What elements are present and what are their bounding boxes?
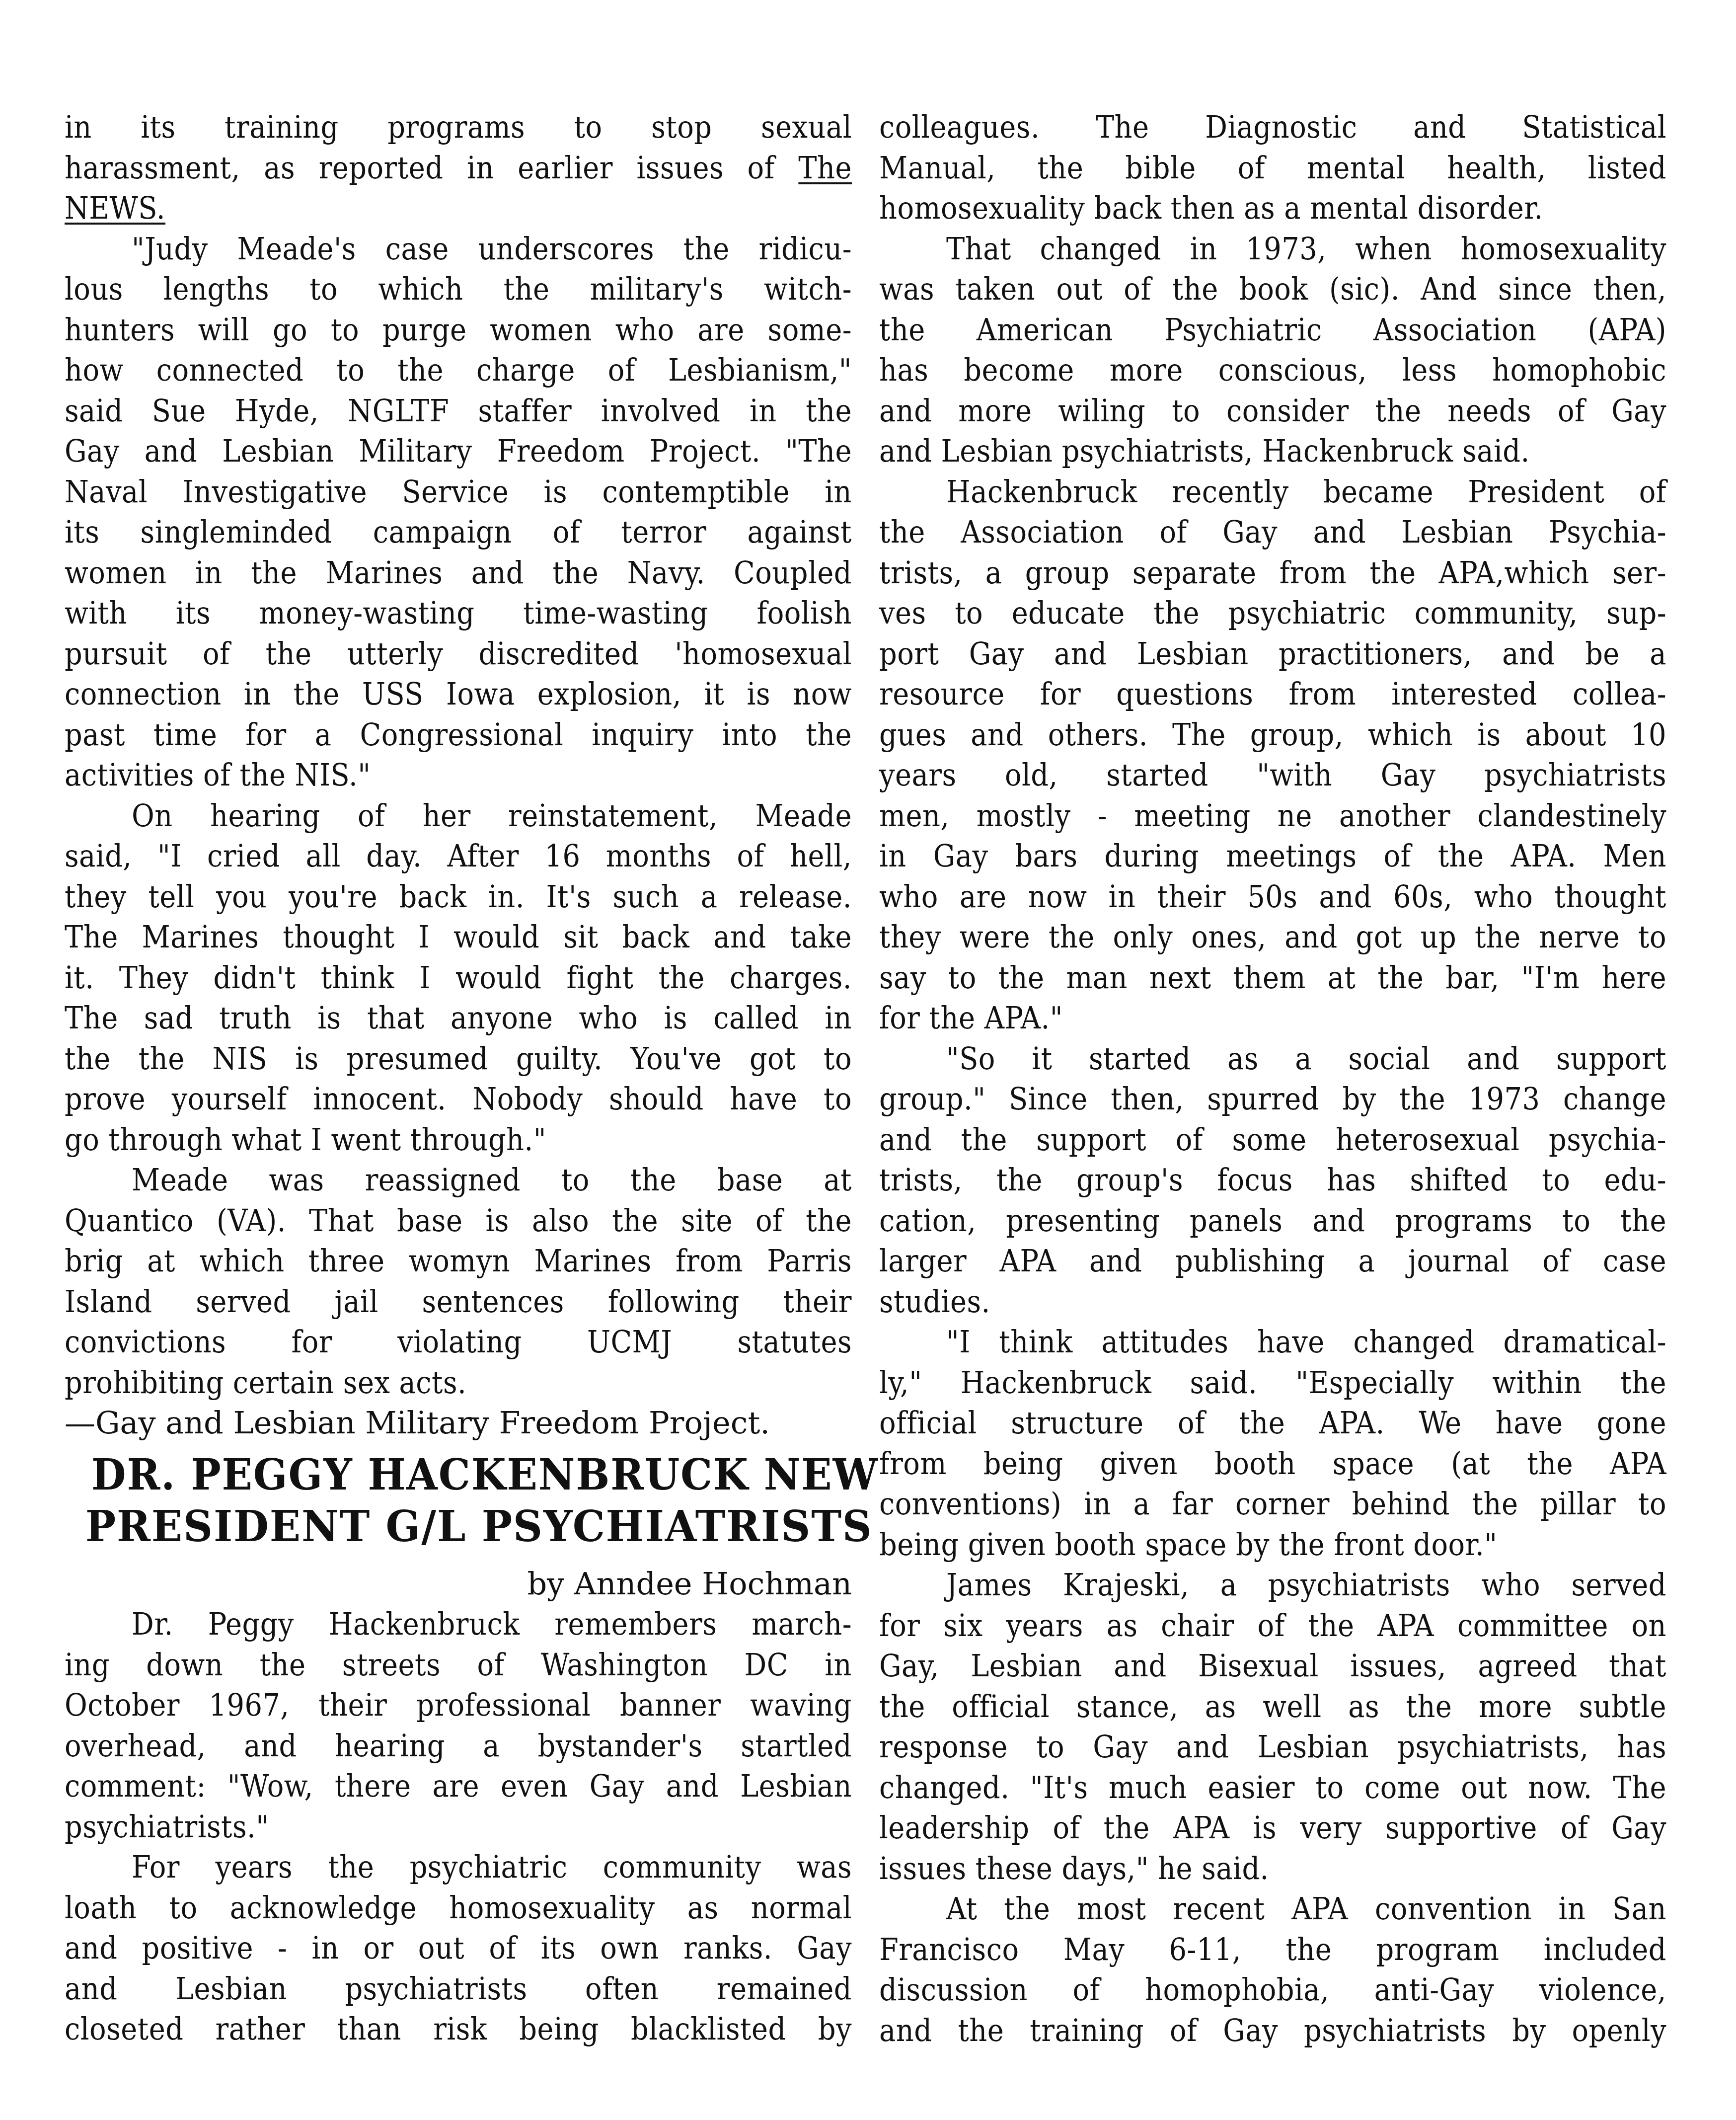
text-span: harassment, as reported in earlier issue… bbox=[65, 150, 798, 186]
text-line: for the APA." bbox=[879, 998, 1666, 1038]
article-paragraph: James Krajeski, a psychiatrists who serv… bbox=[879, 1565, 1666, 1888]
text-line: pursuit of the utterly discredited 'homo… bbox=[65, 633, 852, 674]
text-line: brig at which three womyn Marines from P… bbox=[65, 1241, 852, 1281]
text-line: convictions for violating UCMJ statutes bbox=[65, 1322, 852, 1362]
text-line: Manual, the bible of mental health, list… bbox=[879, 148, 1666, 188]
text-line: Gay and Lesbian Military Freedom Project… bbox=[65, 431, 852, 471]
text-line: That changed in 1973, when homosexuality bbox=[879, 229, 1666, 269]
article-paragraph: That changed in 1973, when homosexuality… bbox=[879, 229, 1666, 471]
text-line: homosexuality back then as a mental diso… bbox=[879, 188, 1666, 229]
text-line: women in the Marines and the Navy. Coupl… bbox=[65, 552, 852, 593]
source-credit: —Gay and Lesbian Military Freedom Projec… bbox=[65, 1403, 852, 1443]
text-line: the Association of Gay and Lesbian Psych… bbox=[879, 512, 1666, 552]
text-line: it. They didn't think I would fight the … bbox=[65, 957, 852, 998]
text-line: "Judy Meade's case underscores the ridic… bbox=[65, 229, 852, 269]
text-line: Meade was reassigned to the base at bbox=[65, 1160, 852, 1200]
text-line: Island served jail sentences following t… bbox=[65, 1281, 852, 1322]
text-line: The Marines thought I would sit back and… bbox=[65, 917, 852, 957]
text-line: response to Gay and Lesbian psychiatrist… bbox=[879, 1727, 1666, 1767]
text-line: for six years as chair of the APA commit… bbox=[879, 1605, 1666, 1646]
text-line: hunters will go to purge women who are s… bbox=[65, 310, 852, 350]
text-line: in Gay bars during meetings of the APA. … bbox=[879, 836, 1666, 876]
text-line: cation, presenting panels and programs t… bbox=[879, 1200, 1666, 1241]
text-line: prove yourself innocent. Nobody should h… bbox=[65, 1079, 852, 1119]
text-line: trists, the group's focus has shifted to… bbox=[879, 1160, 1666, 1200]
headline-line: PRESIDENT G/L PSYCHIATRISTS bbox=[85, 1501, 873, 1553]
text-line: October 1967, their professional banner … bbox=[65, 1685, 852, 1726]
text-line: who are now in their 50s and 60s, who th… bbox=[879, 876, 1666, 917]
text-line: say to the man next them at the bar, "I'… bbox=[879, 957, 1666, 998]
text-line: lous lengths to which the military's wit… bbox=[65, 269, 852, 310]
right-column: colleagues. The Diagnostic and Statistic… bbox=[879, 107, 1666, 2050]
text-line: Gay, Lesbian and Bisexual issues, agreed… bbox=[879, 1646, 1666, 1686]
text-line: Dr. Peggy Hackenbruck remembers march- bbox=[65, 1604, 852, 1645]
text-line: Hackenbruck recently became President of bbox=[879, 471, 1666, 512]
text-line: gues and others. The group, which is abo… bbox=[879, 714, 1666, 755]
text-line: they were the only ones, and got up the … bbox=[879, 917, 1666, 957]
text-line: being given booth space by the front doo… bbox=[879, 1524, 1666, 1565]
text-line: years old, started "with Gay psychiatris… bbox=[879, 755, 1666, 795]
text-line: conventions) in a far corner behind the … bbox=[879, 1484, 1666, 1524]
text-line: issues these days," he said. bbox=[879, 1848, 1666, 1889]
text-line: and positive - in or out of its own rank… bbox=[65, 1928, 852, 1968]
quote-paragraph-hyde: "Judy Meade's case underscores the ridic… bbox=[65, 229, 852, 795]
text-line: At the most recent APA convention in San bbox=[879, 1888, 1666, 1929]
text-line: For years the psychiatric community was bbox=[65, 1847, 852, 1887]
text-line: was taken out of the book (sic). And sin… bbox=[879, 269, 1666, 310]
text-line: comment: "Wow, there are even Gay and Le… bbox=[65, 1766, 852, 1806]
text-line: James Krajeski, a psychiatrists who serv… bbox=[879, 1565, 1666, 1605]
publication-name-underlined: The bbox=[798, 150, 852, 186]
text-line: connection in the USS Iowa explosion, it… bbox=[65, 674, 852, 714]
text-line: colleagues. The Diagnostic and Statistic… bbox=[879, 107, 1666, 148]
continuation-paragraph: in its training programs to stop sexual … bbox=[65, 107, 852, 229]
text-line: changed. "It's much easier to come out n… bbox=[879, 1767, 1666, 1808]
text-line: in its training programs to stop sexual bbox=[65, 107, 852, 148]
text-line: overhead, and hearing a bystander's star… bbox=[65, 1726, 852, 1766]
text-line: psychiatrists." bbox=[65, 1806, 852, 1847]
text-line: go through what I went through." bbox=[65, 1119, 852, 1160]
text-line: trists, a group separate from the APA,wh… bbox=[879, 552, 1666, 593]
article-paragraph: At the most recent APA convention in San… bbox=[879, 1888, 1666, 2050]
text-line: larger APA and publishing a journal of c… bbox=[879, 1241, 1666, 1281]
text-line: prohibiting certain sex acts. bbox=[65, 1362, 852, 1403]
article-paragraph: "I think attitudes have changed dramatic… bbox=[879, 1322, 1666, 1565]
text-line: from being given booth space (at the APA bbox=[879, 1443, 1666, 1484]
article-paragraph: For years the psychiatric community was … bbox=[65, 1847, 852, 2049]
text-line: ly," Hackenbruck said. "Especially withi… bbox=[879, 1362, 1666, 1403]
text-line: and Lesbian psychiatrists, Hackenbruck s… bbox=[879, 431, 1666, 471]
text-line: port Gay and Lesbian practitioners, and … bbox=[879, 633, 1666, 674]
text-line: with its money-wasting time-wasting fool… bbox=[65, 593, 852, 633]
text-line: ing down the streets of Washington DC in bbox=[65, 1645, 852, 1685]
article-paragraph: Hackenbruck recently became President of… bbox=[879, 471, 1666, 1038]
byline: by Anndee Hochman bbox=[65, 1564, 852, 1604]
text-line: and the training of Gay psychiatrists by… bbox=[879, 2010, 1666, 2051]
text-line: its singleminded campaign of terror agai… bbox=[65, 512, 852, 552]
text-line: men, mostly - meeting ne another clandes… bbox=[879, 795, 1666, 836]
text-line: how connected to the charge of Lesbianis… bbox=[65, 350, 852, 391]
text-line: harassment, as reported in earlier issue… bbox=[65, 148, 852, 188]
text-line: "So it started as a social and support bbox=[879, 1038, 1666, 1079]
text-line: ves to educate the psychiatric community… bbox=[879, 593, 1666, 633]
publication-name-underlined: NEWS. bbox=[65, 190, 165, 226]
headline-line: DR. PEGGY HACKENBRUCK NEW bbox=[91, 1449, 879, 1501]
text-line: has become more conscious, less homophob… bbox=[879, 350, 1666, 391]
reassignment-paragraph: Meade was reassigned to the base at Quan… bbox=[65, 1160, 852, 1403]
text-line: The sad truth is that anyone who is call… bbox=[65, 998, 852, 1038]
text-line: studies. bbox=[879, 1281, 1666, 1322]
text-line: resource for questions from interested c… bbox=[879, 674, 1666, 714]
text-line: official structure of the APA. We have g… bbox=[879, 1403, 1666, 1443]
text-line: past time for a Congressional inquiry in… bbox=[65, 714, 852, 755]
text-line: activities of the NIS." bbox=[65, 755, 852, 795]
text-line: the the NIS is presumed guilty. You've g… bbox=[65, 1038, 852, 1079]
text-line: group." Since then, spurred by the 1973 … bbox=[879, 1079, 1666, 1119]
newspaper-page: in its training programs to stop sexual … bbox=[0, 0, 1736, 2120]
left-column: in its training programs to stop sexual … bbox=[65, 107, 852, 2049]
text-line: Francisco May 6-11, the program included bbox=[879, 1929, 1666, 1970]
text-line: and Lesbian psychiatrists often remained bbox=[65, 1968, 852, 2009]
text-line: NEWS. bbox=[65, 188, 852, 229]
text-line: said, "I cried all day. After 16 months … bbox=[65, 836, 852, 876]
text-line: Quantico (VA). That base is also the sit… bbox=[65, 1200, 852, 1241]
article-headline: DR. PEGGY HACKENBRUCK NEW PRESIDENT G/L … bbox=[65, 1449, 852, 1553]
text-line: closeted rather than risk being blacklis… bbox=[65, 2009, 852, 2049]
text-line: leadership of the APA is very supportive… bbox=[879, 1807, 1666, 1848]
article-paragraph: "So it started as a social and support g… bbox=[879, 1038, 1666, 1322]
text-line: said Sue Hyde, NGLTF staffer involved in… bbox=[65, 391, 852, 431]
text-line: loath to acknowledge homosexuality as no… bbox=[65, 1887, 852, 1928]
text-line: and more wiling to consider the needs of… bbox=[879, 391, 1666, 431]
text-line: discussion of homophobia, anti-Gay viole… bbox=[879, 1969, 1666, 2010]
text-line: the American Psychiatric Association (AP… bbox=[879, 310, 1666, 350]
text-line: On hearing of her reinstatement, Meade bbox=[65, 795, 852, 836]
article-paragraph: colleagues. The Diagnostic and Statistic… bbox=[879, 107, 1666, 229]
text-line: they tell you you're back in. It's such … bbox=[65, 876, 852, 917]
article-paragraph: Dr. Peggy Hackenbruck remembers march- i… bbox=[65, 1604, 852, 1847]
text-line: Naval Investigative Service is contempti… bbox=[65, 471, 852, 512]
quote-paragraph-meade: On hearing of her reinstatement, Meade s… bbox=[65, 795, 852, 1160]
text-line: the official stance, as well as the more… bbox=[879, 1686, 1666, 1727]
text-line: "I think attitudes have changed dramatic… bbox=[879, 1322, 1666, 1362]
text-line: and the support of some heterosexual psy… bbox=[879, 1119, 1666, 1160]
